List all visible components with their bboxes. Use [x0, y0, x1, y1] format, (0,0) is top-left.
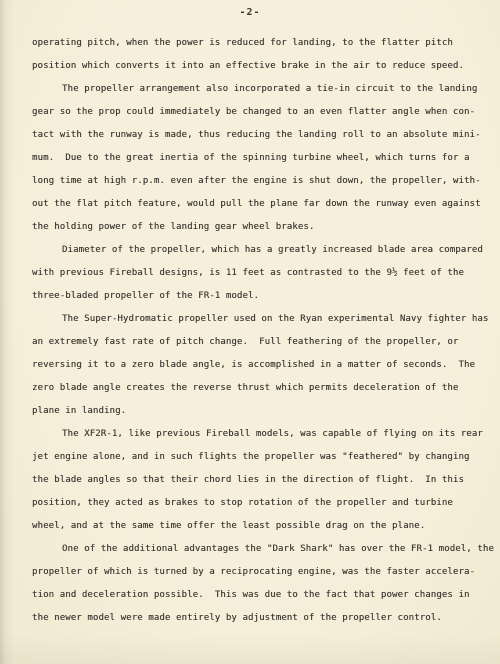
document-line: long time at high r.p.m. even after the … [32, 174, 478, 197]
document-line: plane in landing. [32, 404, 478, 427]
document-line: with previous Fireball designs, is 11 fe… [32, 266, 478, 289]
document-body: operating pitch, when the power is reduc… [32, 36, 478, 634]
document-line: mum. Due to the great inertia of the spi… [32, 151, 478, 174]
document-line: position which converts it into an effec… [32, 59, 478, 82]
document-line: the newer model were made entirely by ad… [32, 611, 478, 634]
document-line: One of the additional advantages the "Da… [32, 542, 478, 565]
document-line: position, they acted as brakes to stop r… [32, 496, 478, 519]
document-line: gear so the prop could immediately be ch… [32, 105, 478, 128]
document-line: wheel, and at the same time offer the le… [32, 519, 478, 542]
page-number: -2- [0, 7, 500, 18]
document-line: tact with the runway is made, thus reduc… [32, 128, 478, 151]
document-line: operating pitch, when the power is reduc… [32, 36, 478, 59]
document-line: The propeller arrangement also incorpora… [32, 82, 478, 105]
document-line: reversing it to a zero blade angle, is a… [32, 358, 478, 381]
document-line: out the flat pitch feature, would pull t… [32, 197, 478, 220]
document-line: the holding power of the landing gear wh… [32, 220, 478, 243]
document-line: an extremely fast rate of pitch change. … [32, 335, 478, 358]
document-line: three-bladed propeller of the FR-1 model… [32, 289, 478, 312]
document-line: tion and deceleration possible. This was… [32, 588, 478, 611]
document-line: the blade angles so that their chord lie… [32, 473, 478, 496]
document-line: jet engine alone, and in such flights th… [32, 450, 478, 473]
document-line: The Super-Hydromatic propeller used on t… [32, 312, 478, 335]
document-page: -2- operating pitch, when the power is r… [0, 0, 500, 664]
document-line: zero blade angle creates the reverse thr… [32, 381, 478, 404]
document-line: propeller of which is turned by a recipr… [32, 565, 478, 588]
document-line: The XF2R-1, like previous Fireball model… [32, 427, 478, 450]
document-line: Diameter of the propeller, which has a g… [32, 243, 478, 266]
